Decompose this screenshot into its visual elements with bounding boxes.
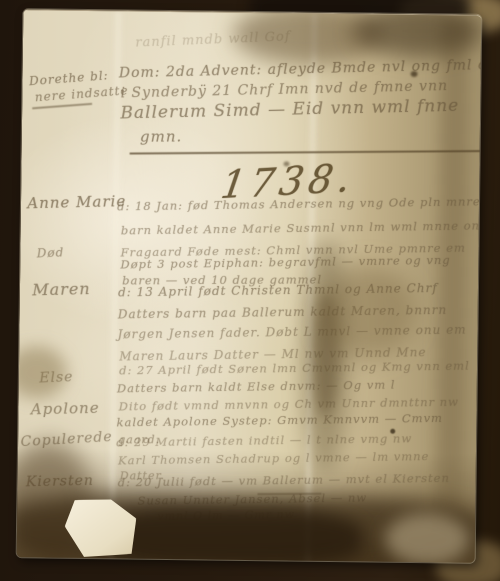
entry-line: kaldet Apolone Systep: Gmvm Kmnvvm — Cmv… xyxy=(116,411,443,430)
entry-line: Datters barn kaldt Else dnvm: — Og vm l xyxy=(117,378,396,396)
margin-name-copulerede: Copulerede xyxy=(20,429,113,450)
bleedthrough-text: ranfil mndb wall Gof xyxy=(135,29,291,50)
register-page: ranfil mndb wall Gof Dorethe bl: nere in… xyxy=(17,9,482,563)
header-line: gmn. xyxy=(140,127,182,145)
entry-line: d: 20 Julii født — vm Ballerum — mvt el … xyxy=(118,471,450,490)
margin-name-maren: Maren xyxy=(32,279,91,299)
margin-name-apolone: Apolone xyxy=(31,399,100,419)
torn-paper-patch xyxy=(62,493,140,561)
photograph: ranfil mndb wall Gof Dorethe bl: nere in… xyxy=(0,0,500,581)
entry-line: d: 18 Jan: fød Thomas Andersen ng vng Od… xyxy=(117,194,481,213)
margin-name-kiersten: Kiersten xyxy=(26,473,94,491)
margin-name-anne-marie: Anne Marie xyxy=(27,192,126,212)
entry-line: d: 29 Martii fasten indtil — l t nlne vm… xyxy=(116,431,412,449)
entry-line: barn kaldet Anne Marie Susmnl vnn lm wml… xyxy=(121,218,482,237)
entry-line: Karl Thomsen Schadrup og l vmne — lm vmn… xyxy=(118,449,430,467)
margin-name-doed: Død xyxy=(36,245,64,260)
horizontal-rule xyxy=(130,150,482,154)
entry-line: Susan Unnter Jansen, Absel — nw xyxy=(137,490,367,507)
margin-name-else: Else xyxy=(39,369,74,386)
entry-line: Datters barn paa Ballerum kaldt Maren, b… xyxy=(118,303,448,322)
entry-line: Jørgen Jensen fader. Døbt L mnvl — vmne … xyxy=(117,323,466,342)
entry-line: vmnl O lm — Gmr nw xyxy=(157,508,295,523)
